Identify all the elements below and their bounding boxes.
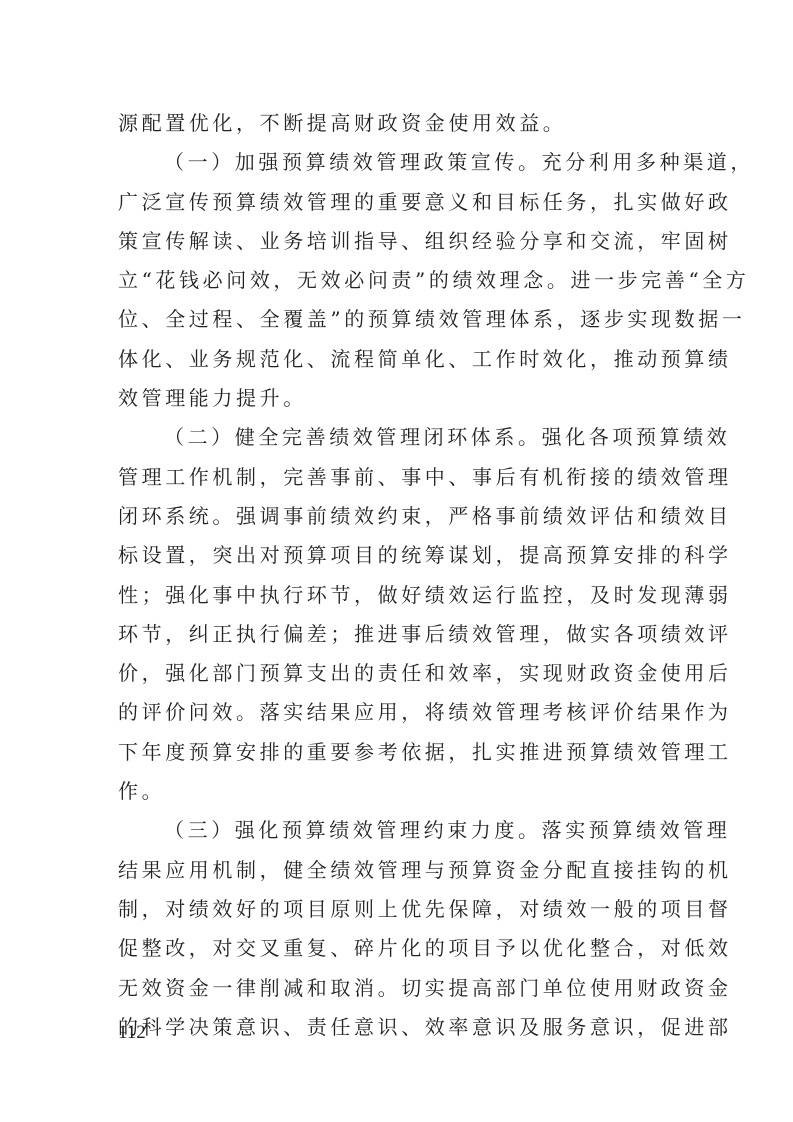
text-line: 体化、业务规范化、流程简单化、工作时效化，推动预算绩 xyxy=(118,340,678,379)
text-line: 下年度预算安排的重要参考依据，扎实推进预算绩效管理工 xyxy=(118,733,678,772)
text-line: （三）强化预算绩效管理约束力度。落实预算绩效管理 xyxy=(118,811,678,850)
text-line: 无效资金一律削减和取消。切实提高部门单位使用财政资金 xyxy=(118,969,678,1008)
text-line: 性；强化事中执行环节，做好绩效运行监控，及时发现薄弱 xyxy=(118,576,678,615)
text-line: 立“花钱必问效，无效必问责”的绩效理念。进一步完善“全方 xyxy=(118,261,678,300)
text-line: 结果应用机制，健全绩效管理与预算资金分配直接挂钩的机 xyxy=(118,851,678,890)
text-line: 位、全过程、全覆盖”的预算绩效管理体系，逐步实现数据一 xyxy=(118,300,678,339)
text-line: （一）加强预算绩效管理政策宣传。充分利用多种渠道， xyxy=(118,143,678,182)
text-line: 管理工作机制，完善事前、事中、事后有机衔接的绩效管理 xyxy=(118,458,678,497)
text-line: 源配置优化，不断提高财政资金使用效益。 xyxy=(118,104,678,143)
text-line: 制，对绩效好的项目原则上优先保障，对绩效一般的项目督 xyxy=(118,890,678,929)
text-line: 价，强化部门预算支出的责任和效率，实现财政资金使用后 xyxy=(118,654,678,693)
page-number: 112 xyxy=(118,1022,146,1044)
text-line: 环节，纠正执行偏差；推进事后绩效管理，做实各项绩效评 xyxy=(118,615,678,654)
text-line: 作。 xyxy=(118,772,678,811)
text-line: 策宣传解读、业务培训指导、组织经验分享和交流，牢固树 xyxy=(118,222,678,261)
text-line: 促整改，对交叉重复、碎片化的项目予以优化整合，对低效 xyxy=(118,929,678,968)
document-body: 源配置优化，不断提高财政资金使用效益。 （一）加强预算绩效管理政策宣传。充分利用… xyxy=(118,104,678,1047)
text-line: 广泛宣传预算绩效管理的重要意义和目标任务，扎实做好政 xyxy=(118,183,678,222)
text-line: 的科学决策意识、责任意识、效率意识及服务意识，促进部 xyxy=(118,1008,678,1047)
text-line: 的评价问效。落实结果应用，将绩效管理考核评价结果作为 xyxy=(118,693,678,732)
text-line: 效管理能力提升。 xyxy=(118,379,678,418)
text-line: （二）健全完善绩效管理闭环体系。强化各项预算绩效 xyxy=(118,418,678,457)
text-line: 闭环系统。强调事前绩效约束，严格事前绩效评估和绩效目 xyxy=(118,497,678,536)
text-line: 标设置，突出对预算项目的统筹谋划，提高预算安排的科学 xyxy=(118,536,678,575)
